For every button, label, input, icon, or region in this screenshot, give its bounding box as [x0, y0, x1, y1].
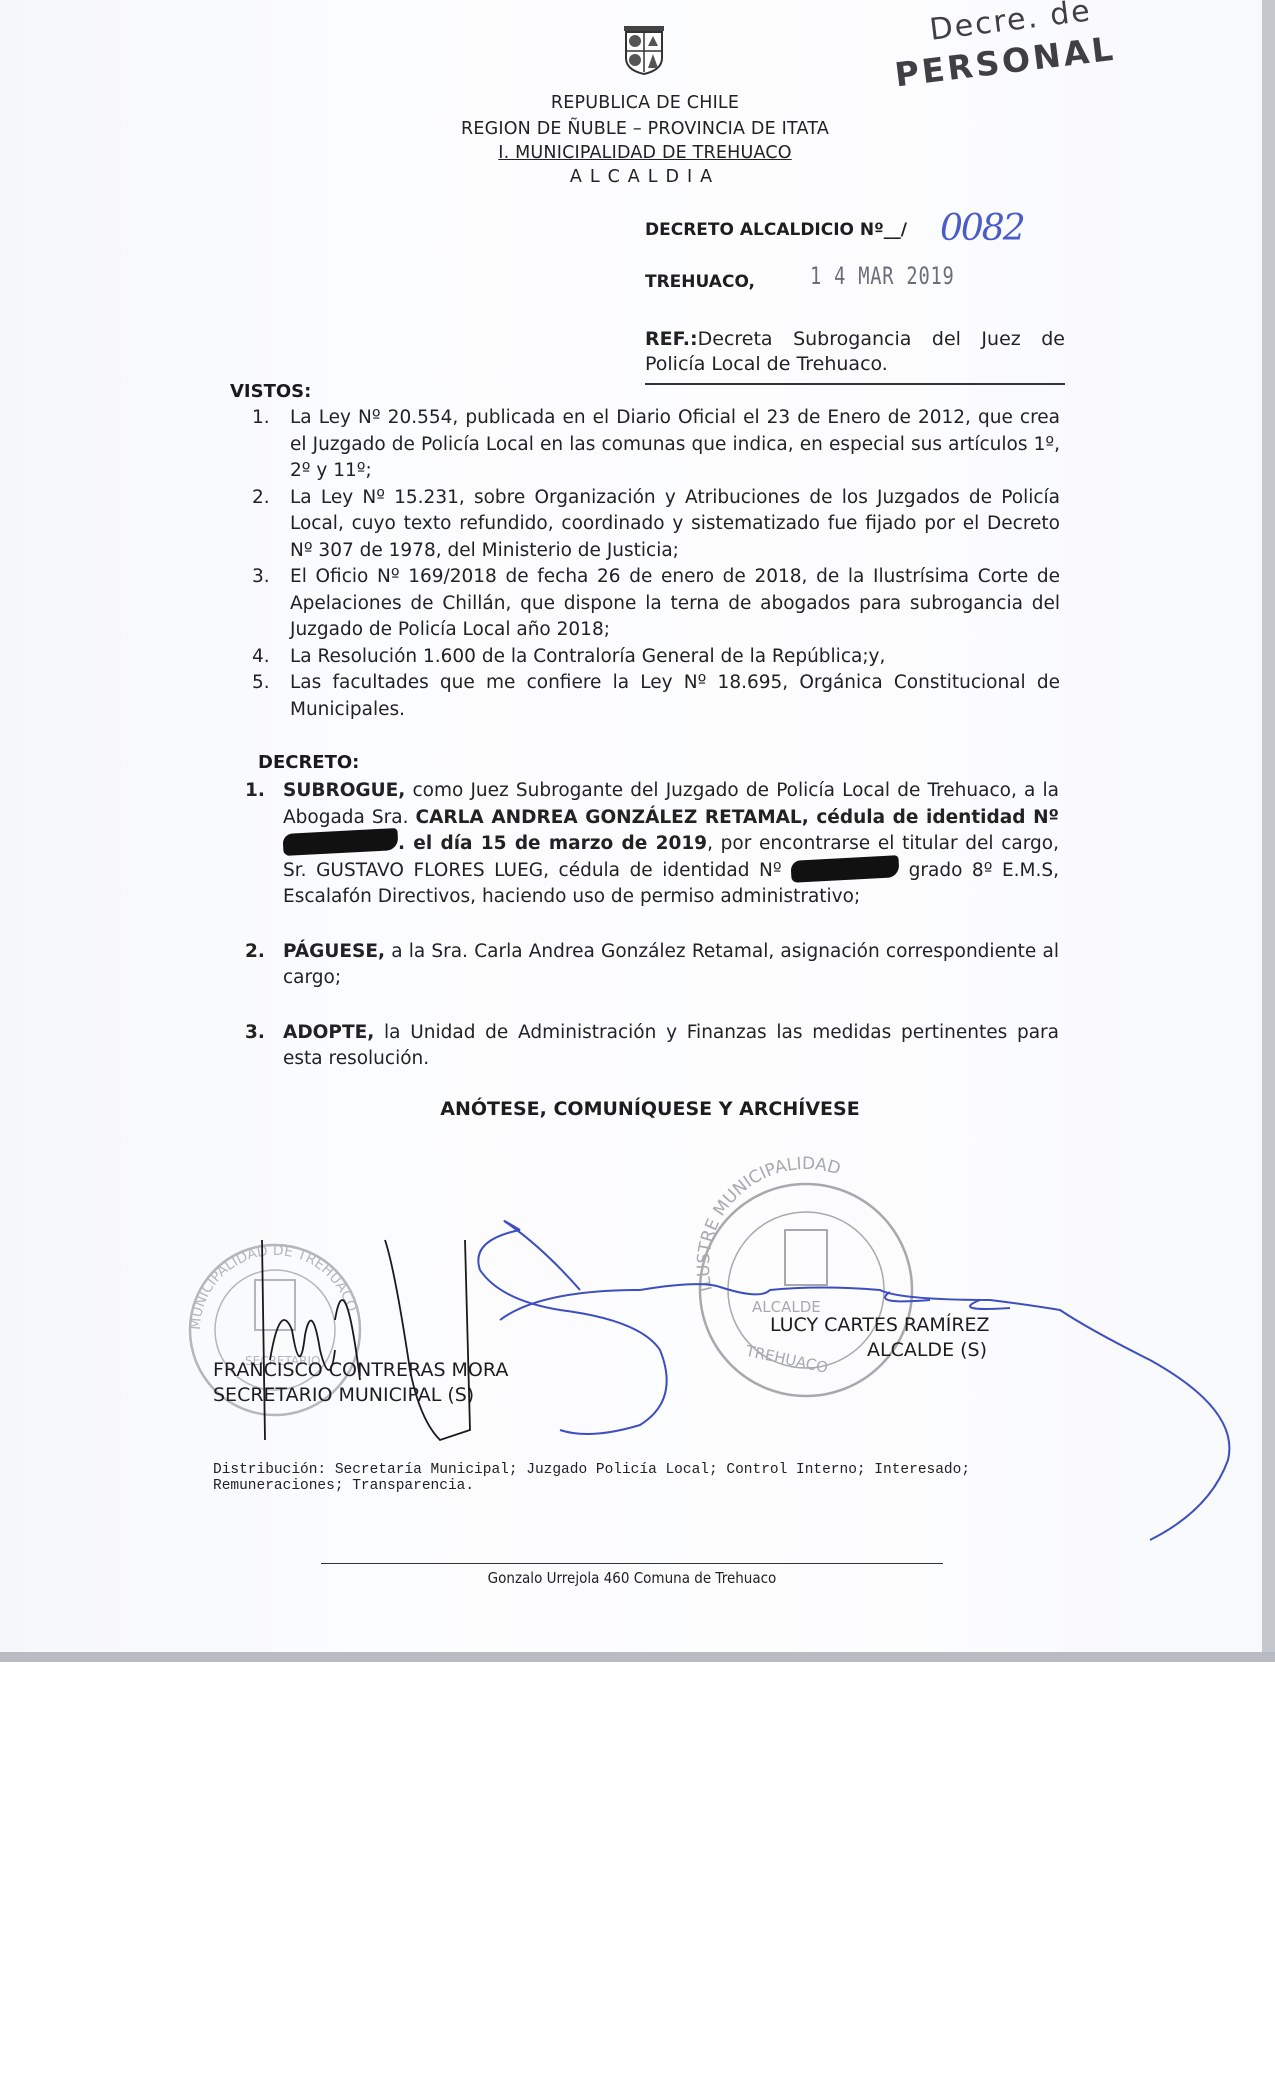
item-verb: PÁGUESE,: [283, 941, 385, 962]
decree-number-handwritten: 0082: [940, 208, 1024, 249]
item-text: La Ley Nº 15.231, sobre Organización y A…: [290, 487, 1060, 561]
item-text: a la Sra. Carla Andrea González Retamal,…: [283, 941, 1059, 989]
decreto-list: 1.SUBROGUE, como Juez Subrogante del Juz…: [283, 778, 1059, 1101]
vistos-item: 2.La Ley Nº 15.231, sobre Organización y…: [290, 485, 1060, 565]
item-text: El Oficio Nº 169/2018 de fecha 26 de ene…: [290, 566, 1060, 640]
coat-of-arms-icon: [618, 24, 670, 76]
vistos-item: 1.La Ley Nº 20.554, publicada en el Diar…: [290, 405, 1060, 485]
item-text: La Ley Nº 20.554, publicada en el Diario…: [290, 407, 1060, 481]
mayor-name: LUCY CARTES RAMÍREZ: [770, 1313, 990, 1338]
decreto-heading: DECRETO:: [258, 752, 359, 773]
redacted-id-2: [791, 855, 900, 883]
decreto-item-subrogue: 1.SUBROGUE, como Juez Subrogante del Juz…: [283, 778, 1059, 911]
ref-underline: [645, 383, 1065, 385]
item-number: 2.: [245, 939, 265, 966]
item-verb: ADOPTE,: [283, 1022, 374, 1043]
secretary-signature-block: FRANCISCO CONTRERAS MORA SECRETARIO MUNI…: [213, 1358, 508, 1408]
reference: REF.:Decreta Subrogancia del Juez de Pol…: [645, 327, 1065, 377]
closing-formula: ANÓTESE, COMUNÍQUESE Y ARCHÍVESE: [240, 1098, 1060, 1120]
secretary-title: SECRETARIO MUNICIPAL (S): [213, 1383, 508, 1408]
item-number: 1.: [252, 405, 270, 432]
appointee-name: CARLA ANDREA GONZÁLEZ RETAMAL, cédula de…: [416, 807, 1060, 828]
vistos-heading: VISTOS:: [230, 381, 311, 402]
decreto-item-paguese: 2.PÁGUESE, a la Sra. Carla Andrea Gonzál…: [283, 939, 1059, 992]
effective-date: . el día 15 de marzo de 2019: [398, 833, 707, 854]
item-verb: SUBROGUE,: [283, 780, 405, 801]
header-region: REGION DE ÑUBLE – PROVINCIA DE ITATA: [400, 119, 890, 139]
vistos-item: 5.Las facultades que me confiere la Ley …: [290, 670, 1060, 723]
item-text: la Unidad de Administración y Finanzas l…: [283, 1022, 1059, 1070]
item-text: La Resolución 1.600 de la Contraloría Ge…: [290, 646, 885, 667]
mayor-signature-block: LUCY CARTES RAMÍREZ ALCALDE (S): [770, 1313, 990, 1363]
item-number: 1.: [245, 778, 265, 805]
ref-text: Decreta Subrogancia del Juez de Policía …: [645, 328, 1065, 375]
scan-bottom-edge: [0, 1652, 1275, 1662]
vistos-item: 4.La Resolución 1.600 de la Contraloría …: [290, 644, 1060, 671]
decreto-item-adopte: 3.ADOPTE, la Unidad de Administración y …: [283, 1020, 1059, 1073]
footer-address: Gonzalo Urrejola 460 Comuna de Trehuaco: [352, 1569, 912, 1587]
vistos-list: 1.La Ley Nº 20.554, publicada en el Diar…: [290, 405, 1060, 723]
distribution-list: Distribución: Secretaría Municipal; Juzg…: [213, 1462, 1083, 1494]
header-office: ALCALDIA: [400, 167, 890, 187]
item-number: 3.: [245, 1020, 265, 1047]
header-country: REPUBLICA DE CHILE: [400, 93, 890, 113]
vistos-item: 3.El Oficio Nº 169/2018 de fecha 26 de e…: [290, 564, 1060, 644]
header-municipality: I. MUNICIPALIDAD DE TREHUACO: [400, 143, 890, 163]
decree-number-label: DECRETO ALCALDICIO Nº__/: [645, 220, 907, 240]
footer-divider: [321, 1563, 943, 1564]
redacted-id-1: [283, 828, 399, 856]
mayor-title: ALCALDE (S): [770, 1338, 990, 1363]
item-number: 2.: [252, 485, 270, 512]
item-number: 4.: [252, 644, 270, 671]
scan-right-edge: [1262, 0, 1275, 1660]
secretary-name: FRANCISCO CONTRERAS MORA: [213, 1358, 508, 1383]
ref-label: REF.:: [645, 328, 698, 350]
place-label: TREHUACO,: [645, 272, 755, 292]
item-number: 5.: [252, 670, 270, 697]
item-text: Las facultades que me confiere la Ley Nº…: [290, 672, 1060, 720]
date-stamp: 1 4 MAR 2019: [810, 262, 955, 290]
item-number: 3.: [252, 564, 270, 591]
